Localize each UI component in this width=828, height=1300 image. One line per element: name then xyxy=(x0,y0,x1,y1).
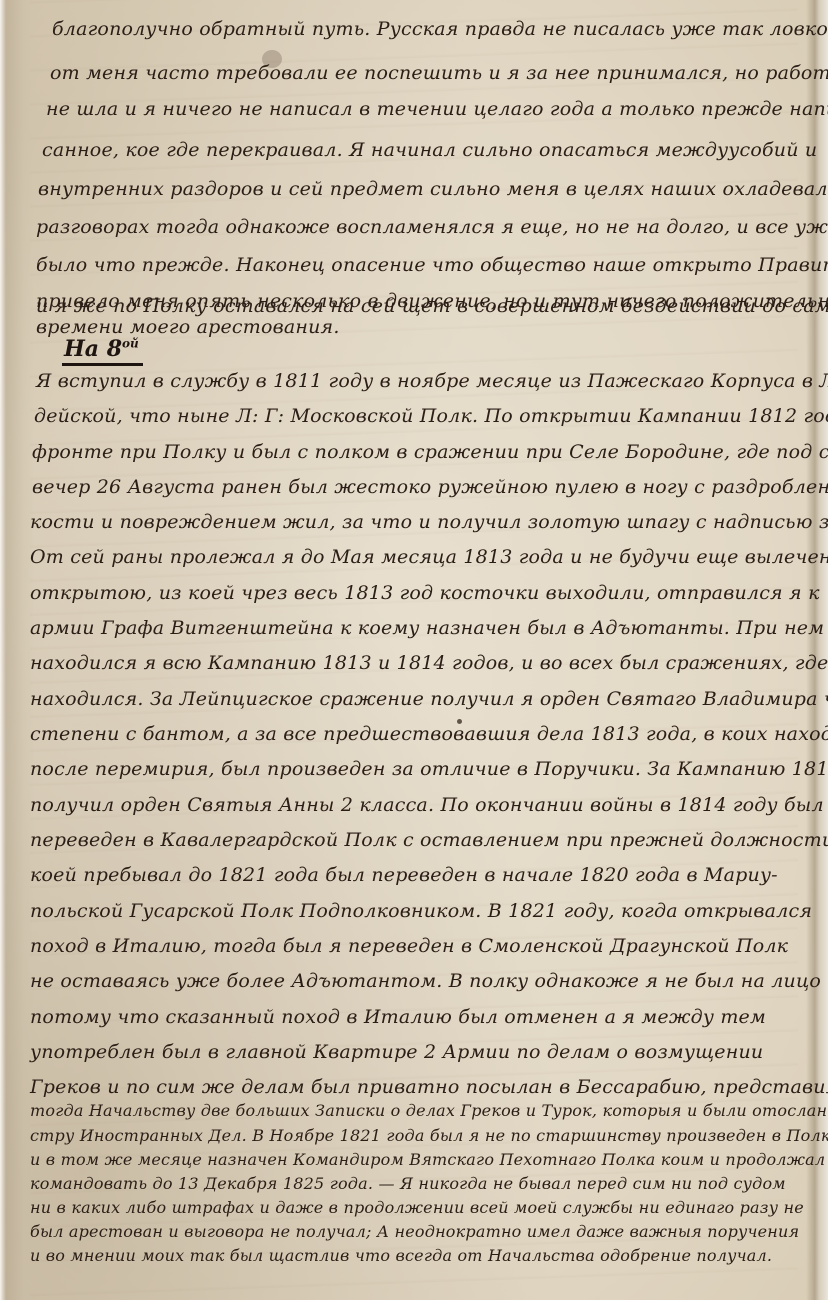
text-line: стру Иностранных Дел. В Ноябре 1821 года… xyxy=(30,1126,828,1145)
text-line: санное, кое где перекраивал. Я начинал с… xyxy=(42,139,817,161)
section-heading-sup: ой xyxy=(122,337,139,351)
text-line: получил орден Святыя Анны 2 класса. По о… xyxy=(30,794,828,816)
text-line: после перемирия, был произведен за отлич… xyxy=(30,758,828,780)
text-line: армии Графа Витгенштейна к коему назначе… xyxy=(30,617,824,639)
manuscript-page: благополучно обратный путь. Русская прав… xyxy=(0,0,828,1300)
text-line: польской Гусарской Полк Подполковником. … xyxy=(30,900,812,922)
text-line: не оставаясь уже более Адъютантом. В пол… xyxy=(30,970,821,992)
paper-border xyxy=(0,0,6,1300)
text-line: находился. За Лейпцигское сражение получ… xyxy=(30,688,828,710)
text-line: от меня часто требовали ее поспешить и я… xyxy=(50,62,828,84)
text-line: командовать до 13 Декабря 1825 года. — Я… xyxy=(30,1174,786,1193)
text-line: было что прежде. Наконец опасение что об… xyxy=(36,254,828,276)
text-line: был арестован и выговора не получал; А н… xyxy=(30,1222,799,1241)
text-line: времени моего арестования. xyxy=(36,316,340,338)
text-line: степени с бантом, а за все предшествовав… xyxy=(30,723,828,745)
section-heading-text: На 8 xyxy=(64,336,122,362)
text-line: ни в каких либо штрафах и даже в продолж… xyxy=(30,1198,804,1217)
text-line: поход в Италию, тогда был я переведен в … xyxy=(30,935,788,957)
text-line: потому что сказанный поход в Италию был … xyxy=(30,1006,766,1028)
text-line: употреблен был в главной Квартире 2 Арми… xyxy=(30,1041,763,1063)
text-line: кости и повреждением жил, за что и получ… xyxy=(30,511,828,533)
text-line: вечер 26 Августа ранен был жестоко ружей… xyxy=(32,476,828,498)
text-line: не шла и я ничего не написал в течении ц… xyxy=(46,98,828,120)
text-line: внутренних раздоров и сей предмет сильно… xyxy=(38,178,828,200)
text-line: и я же по Полку оставался на сей щет в с… xyxy=(36,295,828,317)
text-line: От сей раны пролежал я до Мая месяца 181… xyxy=(30,546,828,568)
text-line: Греков и по сим же делам был приватно по… xyxy=(30,1076,828,1098)
text-line: фронте при Полку и был с полком в сражен… xyxy=(32,441,828,463)
text-line: тогда Начальству две больших Записки о д… xyxy=(30,1101,828,1120)
text-line: открытою, из коей чрез весь 1813 год кос… xyxy=(30,582,820,604)
section-heading: На 8ой xyxy=(62,336,143,366)
text-line: и во мнении моих так был щастлив что все… xyxy=(30,1246,772,1265)
text-line: разговорах тогда однакоже воспламенялся … xyxy=(36,216,828,238)
text-line: находился я всю Кампанию 1813 и 1814 год… xyxy=(30,652,828,674)
text-line: благополучно обратный путь. Русская прав… xyxy=(52,18,828,40)
text-line: переведен в Кавалергардской Полк с остав… xyxy=(30,829,828,851)
text-line: коей пребывал до 1821 года был переведен… xyxy=(30,864,778,886)
text-line: Я вступил в службу в 1811 году в ноябре … xyxy=(36,370,828,392)
text-line: и в том же месяце назначен Командиром Вя… xyxy=(30,1150,825,1169)
text-line: дейской, что ныне Л: Г: Московской Полк.… xyxy=(34,405,828,427)
